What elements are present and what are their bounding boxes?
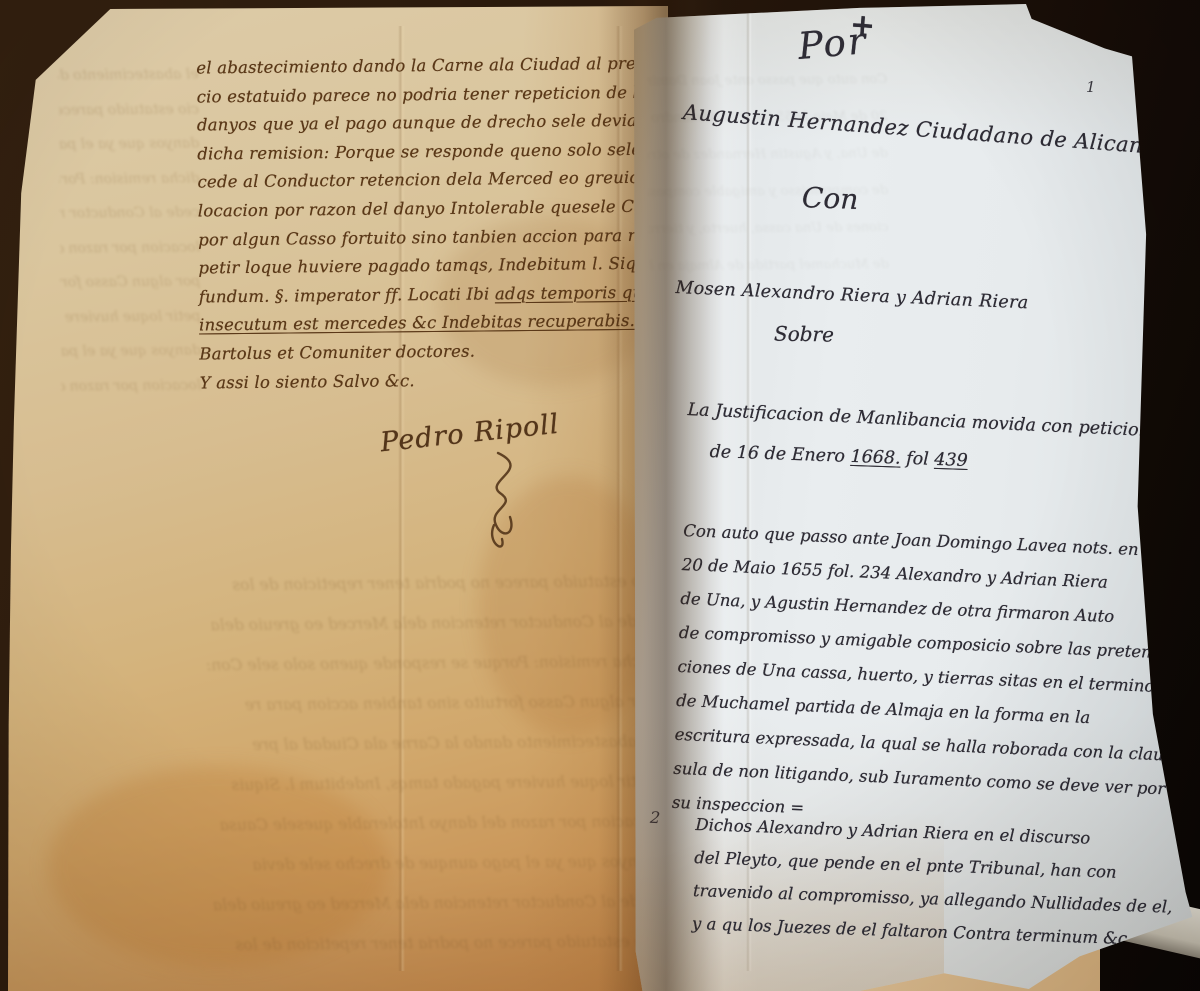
stain: [478, 476, 658, 736]
manuscript-photo: el abastecimiento dando la Carne ala Ciu…: [0, 0, 1200, 991]
paragraph-2: Dichos Alexandro y Adrian Riera en el di…: [691, 808, 1175, 957]
text-line: petir loque huviere pagado tamqs, Indebi…: [198, 250, 668, 284]
text-line: insecutum est mercedes &c Indebitas recu…: [199, 307, 669, 341]
signature: Pedro Ripoll: [379, 409, 561, 459]
underlined-folio: 439: [934, 450, 968, 471]
signature-flourish-icon: [436, 451, 546, 565]
underlined-citation: insecutum est mercedes &c Indebitas recu…: [199, 311, 635, 335]
plaintiff-name: Augustin Hernandez Ciudadano de Alicante: [682, 100, 1165, 159]
bleed-through-text: Con auto que passo ante Joan Domingo Lav…: [647, 61, 889, 293]
left-page: el abastecimiento dando la Carne ala Ciu…: [8, 6, 668, 991]
text-segment: de 16 de Enero: [709, 442, 851, 467]
stain: [48, 766, 388, 966]
versus-word: Con: [801, 181, 858, 216]
defendants-names: Mosen Alexandro Riera y Adrian Riera: [675, 278, 1029, 313]
subject-line: de 16 de Enero 1668. fol 439: [709, 442, 968, 471]
text-line: locacion por razon del danyo Intolerable…: [198, 193, 668, 227]
left-page-text-block: el abastecimiento dando la Carne ala Ciu…: [196, 50, 670, 398]
folio-number: 1: [1086, 78, 1096, 96]
bleed-through-text: el abastecimiento dando la Carne ala Ciu…: [58, 57, 201, 418]
text-line: el abastecimiento dando la Carne ala Ciu…: [196, 50, 666, 84]
subject-line: La Justificacion de Manlibancia movida c…: [687, 400, 1150, 441]
text-segment: fol: [900, 449, 934, 470]
text-line: Y assi lo siento Salvo &c.: [200, 364, 670, 398]
paragraph-1: Con auto que passo ante Joan Domingo Lav…: [671, 514, 1176, 840]
bleed-through-text: cio estatuido parece no podria tener rep…: [54, 561, 657, 961]
text-line: danyos que ya el pago aunque de drecho s…: [197, 107, 667, 141]
right-page: Con auto que passo ante Joan Domingo Lav…: [634, 2, 1198, 991]
heading-word: Por: [796, 19, 869, 68]
margin-number: 2: [650, 808, 661, 828]
subject-word: Sobre: [774, 321, 834, 346]
text-segment: fundum. §. imperator ff. Locati Ibi: [199, 284, 495, 306]
underlined-date: 1668.: [850, 447, 901, 469]
